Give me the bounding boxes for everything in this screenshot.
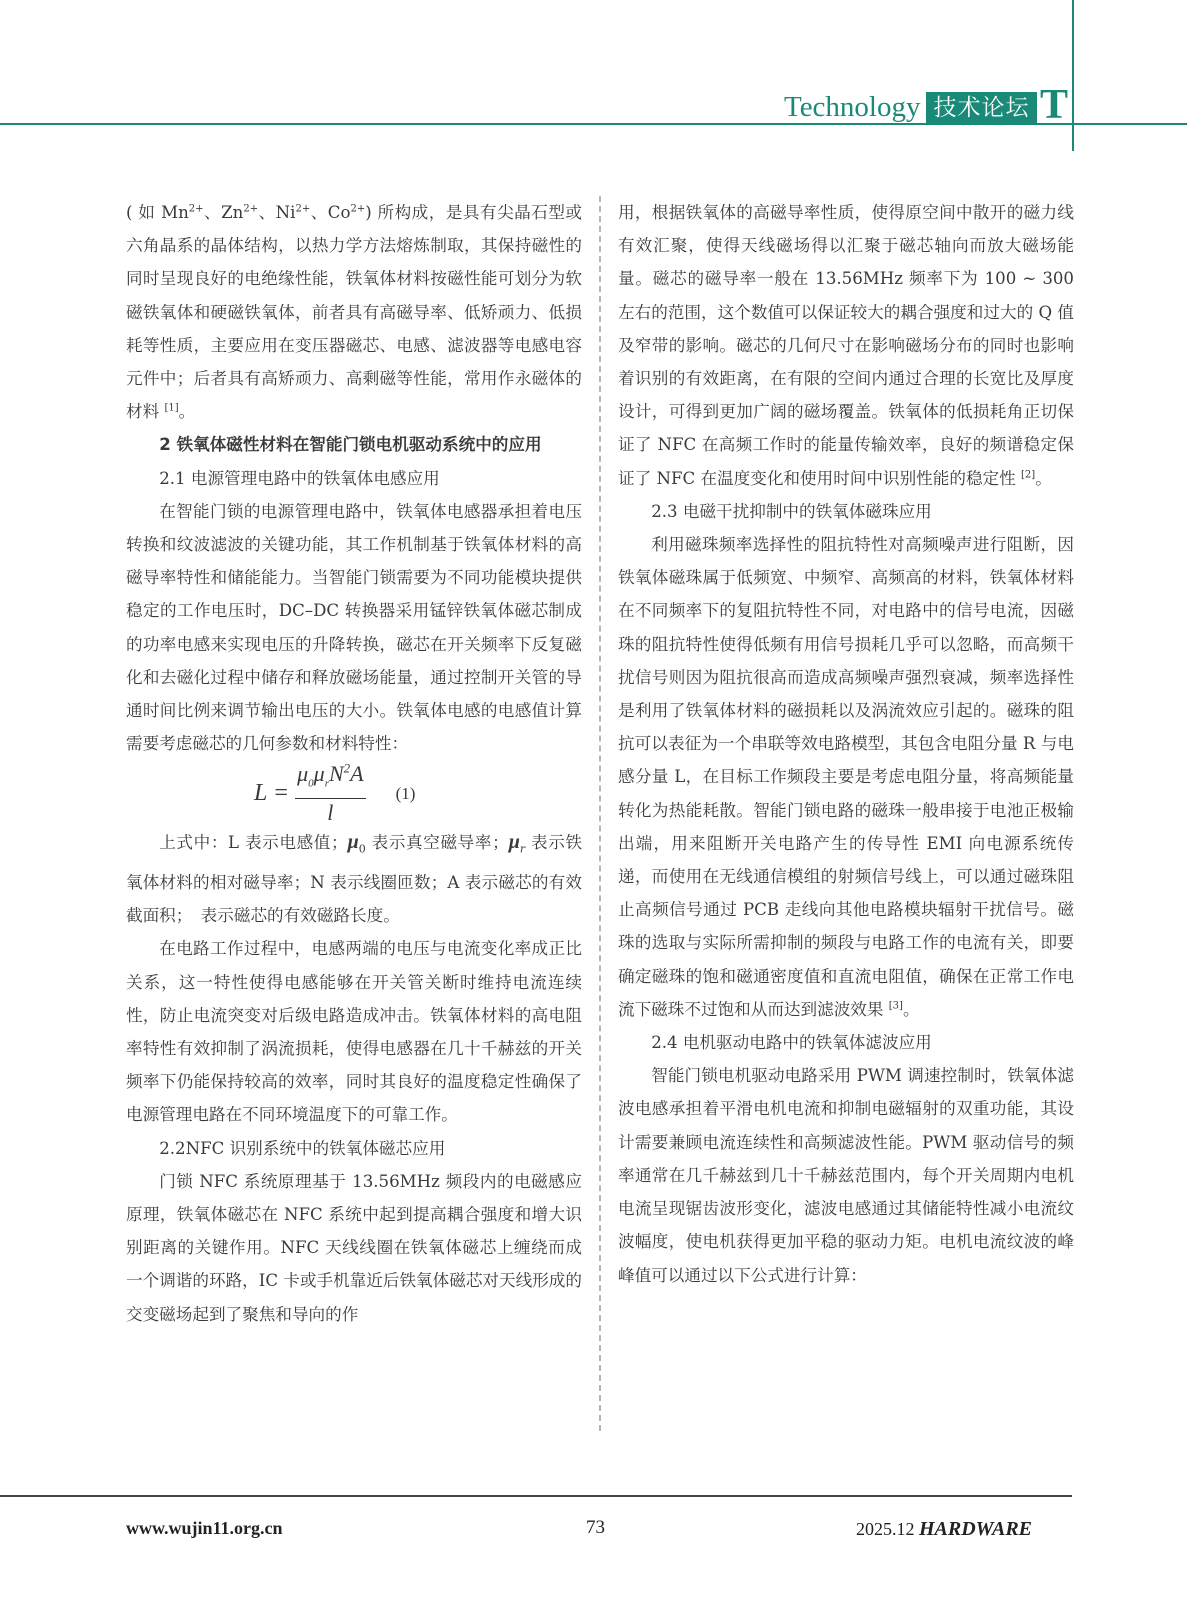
equation-1: L = μ0μrN2A l (1): [126, 760, 582, 826]
footer-rule: [0, 1495, 1072, 1497]
magazine-name: HARDWARE: [919, 1518, 1032, 1540]
paragraph-nfc-continued: 用，根据铁氧体的高磁导率性质，使得原空间中散开的磁力线有效汇聚，使得天线磁场得以…: [618, 196, 1074, 495]
left-column: ( 如 Mn2+、Zn2+、Ni2+、Co2+) 所构成，是具有尖晶石型或六角晶…: [126, 196, 582, 1331]
equation-numerator: μ0μrN2A: [295, 760, 366, 798]
footer-website-link[interactable]: www.wujin11.org.cn: [126, 1518, 283, 1539]
paragraph-motor-drive: 智能门锁电机驱动电路采用 PWM 调速控制时，铁氧体滤波电感承担着平滑电机电流和…: [618, 1059, 1074, 1291]
section-title-cn-badge: 技术论坛: [926, 92, 1037, 124]
section-heading-2: 2 铁氧体磁性材料在智能门锁电机驱动系统中的应用: [126, 428, 582, 461]
subsection-heading-2-1: 2.1 电源管理电路中的铁氧体电感应用: [126, 462, 582, 495]
paragraph-power-management: 在智能门锁的电源管理电路中，铁氧体电感器承担着电压转换和纹波滤波的关键功能，其工…: [126, 495, 582, 761]
citation-ref-3: [3]: [889, 1000, 903, 1011]
equation-fraction: μ0μrN2A l: [295, 760, 366, 826]
page-number: 73: [586, 1517, 605, 1539]
footer-issue-info: 2025.12 HARDWARE: [856, 1518, 1032, 1541]
subsection-heading-2-2: 2.2NFC 识别系统中的铁氧体磁芯应用: [126, 1132, 582, 1165]
paragraph-formula-explanation: 上式中：L 表示电感值；μ0 表示真空磁导率；μr 表示铁氧体材料的相对磁导率；…: [126, 826, 582, 932]
section-letter-logo: T: [1040, 84, 1068, 126]
citation-ref-2: [2]: [1021, 469, 1035, 480]
column-divider: [599, 196, 601, 1431]
right-column: 用，根据铁氧体的高磁导率性质，使得原空间中散开的磁力线有效汇聚，使得天线磁场得以…: [618, 196, 1074, 1292]
section-title-en: Technology: [784, 91, 921, 123]
equation-denominator: l: [327, 799, 333, 827]
paragraph-nfc-system: 门锁 NFC 系统原理基于 13.56MHz 频段内的电磁感应原理，铁氧体磁芯在…: [126, 1165, 582, 1331]
equation-number: (1): [396, 777, 416, 810]
subsection-heading-2-3: 2.3 电磁干扰抑制中的铁氧体磁珠应用: [618, 495, 1074, 528]
equation-lhs: L =: [254, 777, 289, 810]
citation-ref-1: [1]: [164, 403, 178, 414]
header-vertical-rule: [1072, 0, 1074, 151]
paragraph-emi-bead: 利用磁珠频率选择性的阻抗特性对高频噪声进行阻断，因铁氧体磁珠属于低频宽、中频窄、…: [618, 528, 1074, 1026]
paragraph-circuit-operation: 在电路工作过程中，电感两端的电压与电流变化率成正比关系，这一特性使得电感能够在开…: [126, 932, 582, 1131]
paragraph-ferrite-composition: ( 如 Mn2+、Zn2+、Ni2+、Co2+) 所构成，是具有尖晶石型或六角晶…: [126, 196, 582, 428]
issue-date: 2025.12: [856, 1519, 919, 1539]
subsection-heading-2-4: 2.4 电机驱动电路中的铁氧体滤波应用: [618, 1026, 1074, 1059]
